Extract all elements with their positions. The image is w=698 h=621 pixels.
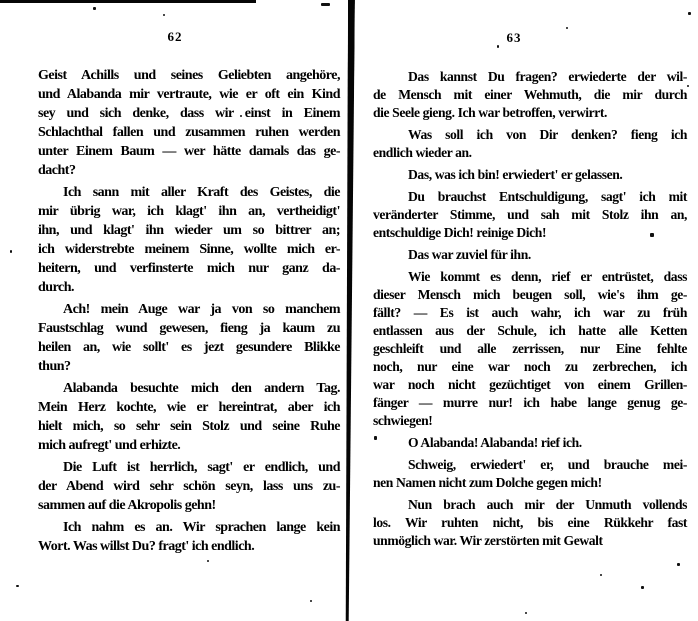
paragraph: Das, was ich bin! erwiedert' er gelassen…: [373, 166, 687, 184]
paragraph: Was soll ich von Dir denken? fieng ichen…: [373, 126, 687, 162]
top-edge-streak: [0, 0, 256, 3]
text-line: mir übrig war, ich klagt' ihn an, verthe…: [38, 202, 340, 221]
ink-speck: [600, 574, 602, 576]
text-line: veränderter Stimme, und sah mit Stolz ih…: [373, 206, 687, 224]
text-line: Du brauchst Entschuldigung, sagt' ich mi…: [373, 188, 687, 206]
text-line: ihn, und klagt' ihn wieder um so bittrer…: [38, 221, 340, 240]
book-gutter-line: [344, 0, 355, 621]
text-line: fänger — murre nur! ich habe lange genug…: [373, 394, 687, 412]
text-line: Das, was ich bin! erwiedert' er gelassen…: [373, 166, 687, 184]
text-line: sey und sich denke, dass wir einst in Ei…: [38, 104, 340, 123]
ink-speck: [374, 436, 377, 440]
scanned-book-spread: 62 Geist Achills und seines Geliebten an…: [0, 0, 698, 621]
paragraph: Ich sann mit aller Kraft des Geistes, di…: [38, 183, 340, 297]
ink-speck: [321, 3, 330, 6]
text-line: heilen an, wie sollt' es jezt gesundere …: [38, 338, 340, 357]
text-line: los. Wir ruhten nicht, bis eine Rükkehr …: [373, 514, 687, 532]
text-line: Mein Herz kochte, wie er hereintrat, abe…: [38, 398, 340, 417]
text-line: de Mensch mit einer Wehmuth, die mir dur…: [373, 86, 687, 104]
page-number-right: 63: [357, 31, 671, 45]
text-line: Schweig, erwiedert' er, und brauche mei-: [373, 456, 687, 474]
paragraph: Ach! mein Auge war ja von so manchemFaus…: [38, 300, 340, 376]
text-line: Die Luft ist herrlich, sagt' er endlich,…: [38, 458, 340, 477]
ink-speck: [16, 585, 19, 587]
text-line: unter Einem Baum — wer hätte damals das …: [38, 142, 340, 161]
page-body-right: Das kannst Du fragen? erwiederte der wil…: [373, 68, 687, 550]
ink-speck: [497, 45, 499, 48]
ink-speck: [566, 27, 568, 29]
paragraph: O Alabanda! Alabanda! rief ich.: [373, 434, 687, 452]
text-line: unmöglich war. Wir zerstörten mit Gewalt: [373, 532, 687, 550]
text-line: Ich sann mit aller Kraft des Geistes, di…: [38, 183, 340, 202]
ink-speck: [688, 12, 691, 15]
text-line: ich widerstrebte meinem Sinne, wollte mi…: [38, 240, 340, 259]
text-line: thun?: [38, 357, 340, 376]
ink-speck: [650, 233, 654, 237]
text-line: Wie kommt es denn, rief er entrüstet, da…: [373, 268, 687, 286]
text-line: die Seele gieng. Ich war betroffen, verw…: [373, 104, 687, 122]
text-line: Schlachthal fallen und zusammen ruhen we…: [38, 123, 340, 142]
text-line: Faustschlag wund gewesen, fieng ja kaum …: [38, 319, 340, 338]
paragraph: Geist Achills und seines Geliebten angeh…: [38, 66, 340, 180]
paragraph: Wie kommt es denn, rief er entrüstet, da…: [373, 268, 687, 430]
ink-speck: [310, 600, 312, 602]
text-line: Alabanda besuchte mich den andern Tag.: [38, 379, 340, 398]
paragraph: Das kannst Du fragen? erwiederte der wil…: [373, 68, 687, 122]
text-line: Das kannst Du fragen? erwiederte der wil…: [373, 68, 687, 86]
paragraph: Das war zuviel für ihn.: [373, 246, 687, 264]
ink-speck: [163, 14, 165, 16]
text-line: mich aufregt' und erhizte.: [38, 436, 340, 455]
text-line: Das war zuviel für ihn.: [373, 246, 687, 264]
ink-speck: [10, 250, 12, 253]
paragraph: Ich nahm es an. Wir sprachen lange keinW…: [38, 518, 340, 556]
text-line: heitern, und verfinsterte mich nur ganz …: [38, 259, 340, 278]
text-line: schwiegen!: [373, 412, 687, 430]
text-line: Ach! mein Auge war ja von so manchem: [38, 300, 340, 319]
text-line: sammen auf die Akropolis gehn!: [38, 496, 340, 515]
text-line: hielt mich, so sehr sein Stolz und seine…: [38, 417, 340, 436]
ink-speck: [641, 586, 644, 589]
text-line: Geist Achills und seines Geliebten angeh…: [38, 66, 340, 85]
text-line: Ich nahm es an. Wir sprachen lange kein: [38, 518, 340, 537]
ink-speck: [525, 612, 527, 614]
page-body-left: Geist Achills und seines Geliebten angeh…: [38, 66, 340, 556]
paragraph: Alabanda besuchte mich den andern Tag.Me…: [38, 379, 340, 455]
text-line: Nun brach auch mir der Unmuth vollends: [373, 496, 687, 514]
text-line: der Abend wird sehr schön seyn, lass uns…: [38, 477, 340, 496]
text-line: Wort. Was willst Du? fragt' ich endlich.: [38, 537, 340, 556]
text-line: dacht?: [38, 161, 340, 180]
text-line: O Alabanda! Alabanda! rief ich.: [373, 434, 687, 452]
ink-speck: [687, 85, 689, 87]
text-line: endlich wieder an.: [373, 144, 687, 162]
paragraph: Schweig, erwiedert' er, und brauche mei-…: [373, 456, 687, 492]
page-number-left: 62: [24, 30, 326, 44]
ink-speck: [240, 115, 242, 117]
paragraph: Die Luft ist herrlich, sagt' er endlich,…: [38, 458, 340, 515]
page-left: 62 Geist Achills und seines Geliebten an…: [38, 30, 340, 559]
ink-speck: [207, 560, 209, 562]
ink-speck: [677, 563, 680, 566]
text-line: Was soll ich von Dir denken? fieng ich: [373, 126, 687, 144]
ink-speck: [93, 7, 96, 10]
text-line: und Alabanda mir vertraute, wie er oft e…: [38, 85, 340, 104]
paragraph: Du brauchst Entschuldigung, sagt' ich mi…: [373, 188, 687, 242]
text-line: dieser Mensch mich beugen soll, wie's ih…: [373, 286, 687, 304]
text-line: noch, nur eine war noch zu zerbrechen, i…: [373, 358, 687, 376]
text-line: entschuldige Dich! reinige Dich!: [373, 224, 687, 242]
text-line: nen Namen nicht zum Dolche gegen mich!: [373, 474, 687, 492]
text-line: durch.: [38, 278, 340, 297]
text-line: geschleift und alle zerrissen, nur Eine …: [373, 340, 687, 358]
paragraph: Nun brach auch mir der Unmuth vollendslo…: [373, 496, 687, 550]
text-line: entlassen aus der Schule, ich hatte alle…: [373, 322, 687, 340]
text-line: fällt? — Es ist auch wahr, ich war zu fr…: [373, 304, 687, 322]
page-right: 63 Das kannst Du fragen? erwiederte der …: [373, 31, 687, 554]
text-line: war noch nicht gezüchtiget von einem Gri…: [373, 376, 687, 394]
